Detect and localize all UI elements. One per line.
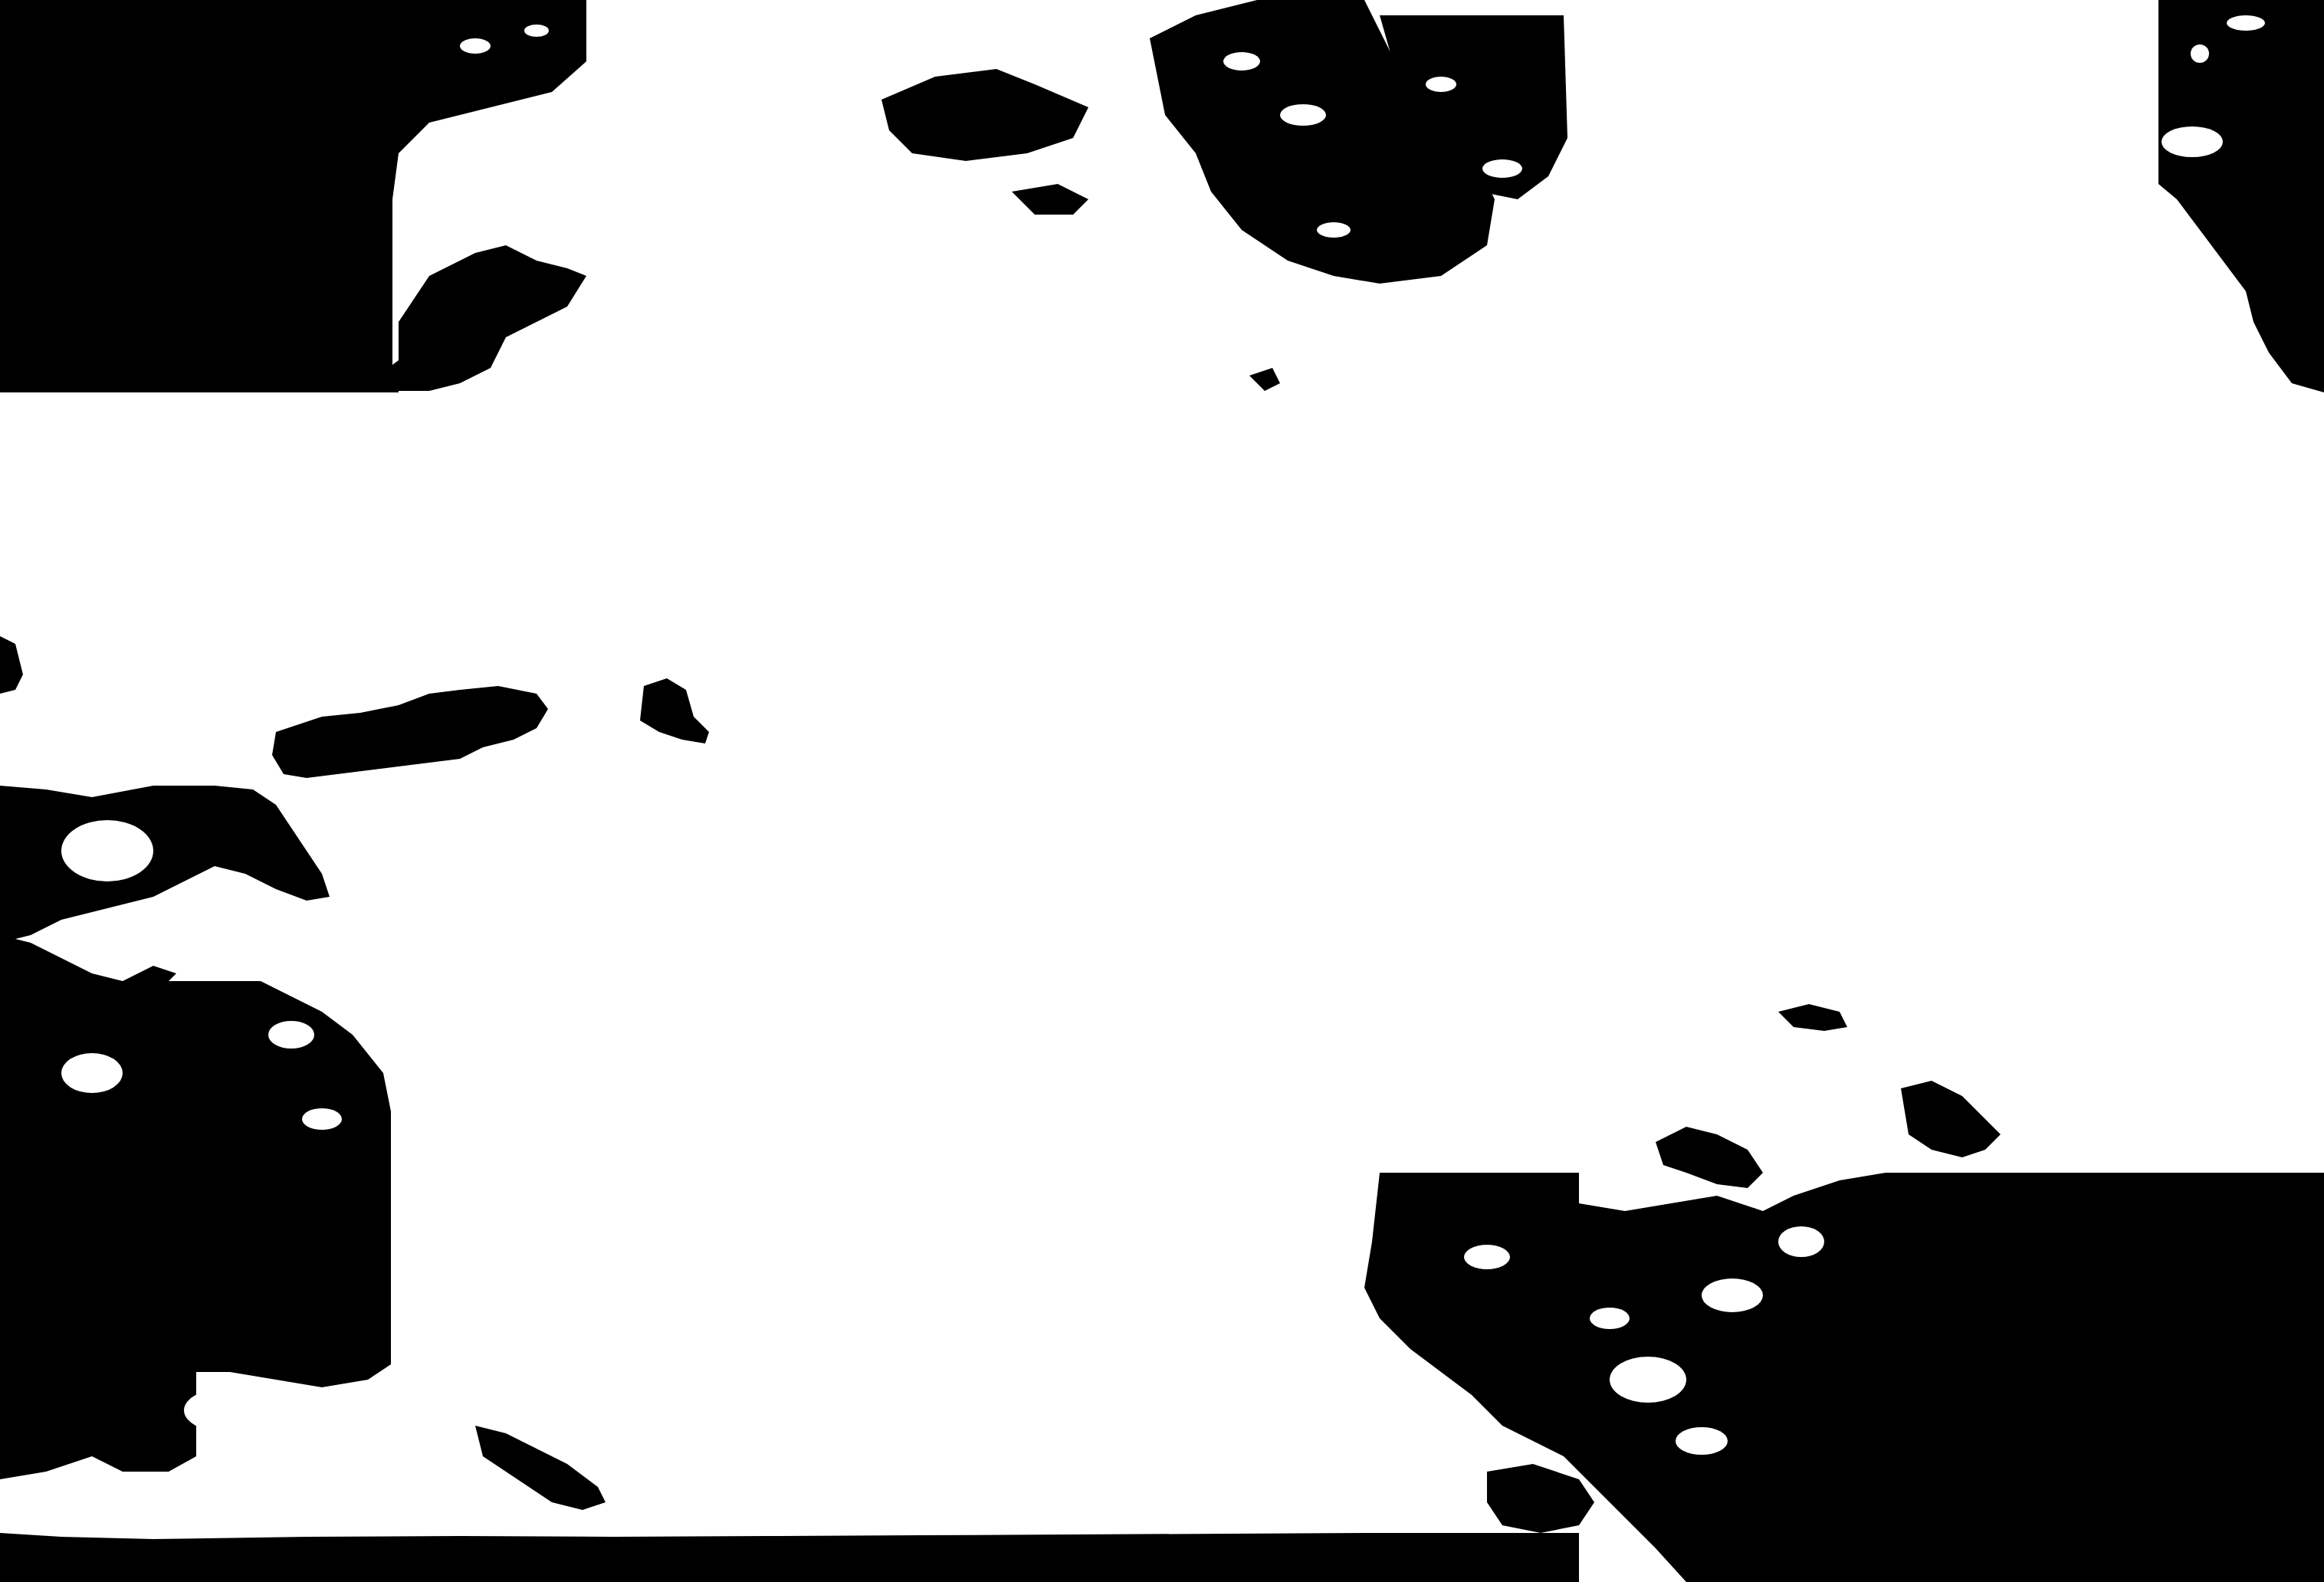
speckle	[2191, 44, 2209, 63]
mask-svg	[0, 0, 2324, 1582]
speckle	[2162, 126, 2223, 157]
speckle	[61, 820, 153, 881]
speckle	[1778, 1226, 1824, 1257]
bottom-dark-band	[0, 1533, 1579, 1582]
speckle	[1590, 1308, 1630, 1329]
speckle	[1610, 1357, 1686, 1403]
speckle	[460, 38, 491, 54]
speckle	[1223, 52, 1260, 71]
speckle	[1676, 1427, 1728, 1455]
speckle	[61, 1053, 123, 1093]
speckle	[1317, 222, 1351, 238]
speckle	[1464, 1245, 1510, 1269]
speckle	[302, 1108, 342, 1130]
speckle	[524, 25, 549, 37]
top-left-dark-tile	[0, 0, 392, 392]
speckle	[268, 1021, 314, 1049]
speckle	[1482, 159, 1522, 178]
mask-image: Binary thresholded cloud/satellite mosai…	[0, 0, 2324, 1582]
speckle	[1280, 104, 1326, 126]
speckle	[1702, 1278, 1763, 1312]
speckle	[1426, 77, 1456, 92]
speckle	[2227, 15, 2265, 31]
speckle	[184, 1387, 276, 1433]
